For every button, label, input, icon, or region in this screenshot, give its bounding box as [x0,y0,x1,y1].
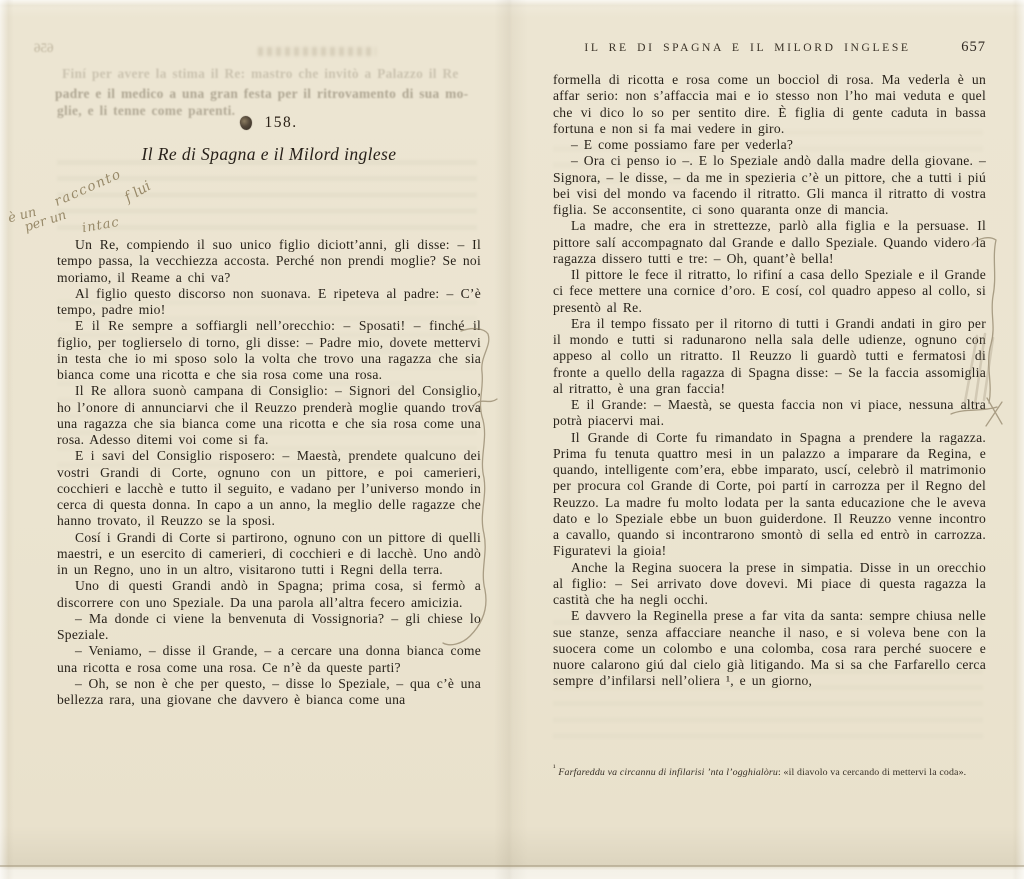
chapter-ornament-icon [240,115,254,131]
story-title: Il Re di Spagna e il Milord inglese [57,144,481,165]
running-header-title: IL RE DI SPAGNA E IL MILORD INGLESE [553,41,942,54]
paragraph: – Ora ci penso io –. E lo Speziale andò … [553,153,986,218]
page-number: 657 [961,39,986,56]
annotation-fragment: racconto [52,166,124,210]
paragraph: E il Grande: – Maestà, se questa faccia … [553,397,986,430]
paragraph: E i savi del Consiglio risposero: – Maes… [57,448,481,529]
annotation-fragment: intac [81,215,121,236]
paragraph: – E come possiamo fare per vederla? [553,137,986,153]
paragraph: Il pittore le fece il ritratto, lo rifin… [553,267,986,316]
paragraph: Era il tempo fissato per il ritorno di t… [553,316,986,397]
ghost-running-header-smudge [258,47,376,56]
paragraph: Uno di questi Grandi andò in Spagna; pri… [57,578,481,611]
left-page-body: Un Re, compiendo il suo unico figlio dic… [57,237,481,812]
ghost-line: Finí per avere la stima il Re: mastro ch… [62,66,459,82]
paragraph: La madre, che era in strettezze, parlò a… [553,218,986,267]
footnote-marker: ¹ [553,763,556,773]
footnote: ¹ Farfareddu va circannu di infilarisi ’… [553,767,986,779]
right-page-body: formella di ricotta e rosa come un bocci… [553,72,986,764]
book-scan: 656 Finí per avere la stima il Re: mastr… [0,0,1024,879]
paragraph: E il Re sempre a soffiargli nell’orecchi… [57,318,481,383]
paragraph: – Oh, se non è che per questo, – disse l… [57,676,481,709]
left-page: 656 Finí per avere la stima il Re: mastr… [0,0,512,879]
footnote-translation: : «il diavolo va cercando di mettervi la… [778,767,966,778]
paragraph: formella di ricotta e rosa come un bocci… [553,72,986,137]
paragraph: Il Grande di Corte fu rimandato in Spagn… [553,430,986,560]
ghost-page-number: 656 [34,40,54,56]
paragraph: Al figlio questo discorso non suonava. E… [57,286,481,319]
chapter-heading: 158. [57,114,481,132]
ghost-line: padre e il medico a una gran festa per i… [55,86,468,102]
paragraph: – Veniamo, – disse il Grande, – a cercar… [57,643,481,676]
paragraph: E davvero la Reginella prese a far vita … [553,608,986,689]
handwritten-annotation: è un racconto f lui per un intac [0,168,190,248]
chapter-number: 158. [264,114,297,132]
paragraph: Anche la Regina suocera la prese in simp… [553,560,986,609]
running-head: IL RE DI SPAGNA E IL MILORD INGLESE 657 [553,41,986,59]
paragraph: Cosí i Grandi di Corte si partirono, ogn… [57,530,481,579]
paragraph: – Ma donde ci viene la benvenuta di Voss… [57,611,481,644]
annotation-fragment: f lui [122,178,154,206]
right-page: IL RE DI SPAGNA E IL MILORD INGLESE 657 … [512,0,1024,879]
paragraph: Il Re allora suonò campana di Consiglio:… [57,383,481,448]
paragraph: Un Re, compiendo il suo unico figlio dic… [57,237,481,286]
footnote-dialect-text: Farfareddu va circannu di infilarisi ’nt… [558,767,778,778]
